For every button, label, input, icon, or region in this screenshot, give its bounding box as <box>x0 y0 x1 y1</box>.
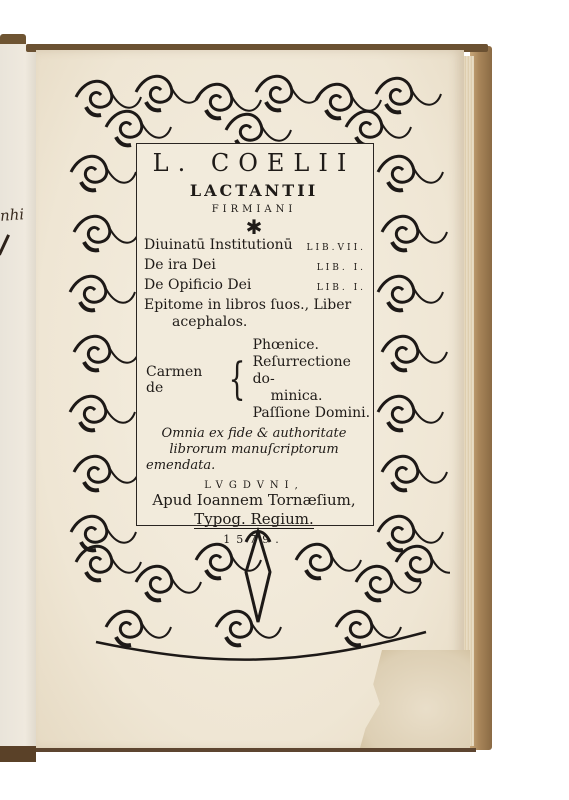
imprint-title: Typog. Regium. <box>194 510 313 529</box>
imprint-place: LVGDVNI, <box>136 480 372 491</box>
left-ornament <box>70 156 139 550</box>
left-cover-bottom <box>0 746 36 762</box>
contents-lib: LIB. I. <box>317 277 366 297</box>
right-ornament <box>378 156 447 550</box>
contents-row: Diuinatū Institutionū LIB.VII. <box>136 237 372 257</box>
note-line: Omnia ex fide & authoritate <box>136 426 372 442</box>
contents-row: De ira Dei LIB. I. <box>136 257 372 277</box>
asterism-icon: ✱ <box>136 217 372 237</box>
title-text: L. COELII LACTANTII FIRMIANI ✱ Diuinatū … <box>136 143 372 546</box>
contents-lib: LIB.VII. <box>307 237 366 257</box>
imprint-year: 1579. <box>136 533 372 546</box>
cover-bottom-edge <box>36 748 476 752</box>
contents-lib: LIB. I. <box>317 257 366 277</box>
author-line-3: FIRMIANI <box>136 204 372 215</box>
contents-title: Diuinatū Institutionū <box>144 237 293 257</box>
contents-title: De ira Dei <box>144 257 216 277</box>
epitome-continuation: acephalos. <box>136 314 372 331</box>
epitome-text: Epitome in libros ſuos., Liber <box>144 297 351 314</box>
top-ornament <box>76 76 441 148</box>
carmen-list: Phœnice. Reſurrectione do- minica. Paſſi… <box>253 337 372 422</box>
author-line-1: L. COELII <box>136 149 372 177</box>
epitome-line: Epitome in libros ſuos., Liber <box>136 297 372 314</box>
note-line: emendata. <box>136 458 372 474</box>
contents-title: De Opificio Dei <box>144 277 251 297</box>
carmen-item: Reſurrectione do- <box>253 354 372 388</box>
book-photo: nhi <box>0 0 569 800</box>
carmen-label: Carmen de <box>146 364 221 396</box>
carmen-item: Phœnice. <box>253 337 372 354</box>
brace-icon: { <box>228 358 245 402</box>
author-line-2: LACTANTII <box>136 181 372 200</box>
carmen-group: Carmen de { Phœnice. Reſurrectione do- m… <box>136 337 372 422</box>
imprint-printer: Apud Ioannem Tornæſium, <box>136 491 372 509</box>
contents-row: De Opificio Dei LIB. I. <box>136 277 372 297</box>
note-line: librorum manuſcriptorum <box>136 442 372 458</box>
edition-note: Omnia ex fide & authoritate librorum man… <box>136 426 372 474</box>
carmen-item: Paſſione Domini. <box>253 405 372 422</box>
carmen-item: minica. <box>253 388 372 405</box>
handwritten-note: nhi <box>0 205 25 225</box>
